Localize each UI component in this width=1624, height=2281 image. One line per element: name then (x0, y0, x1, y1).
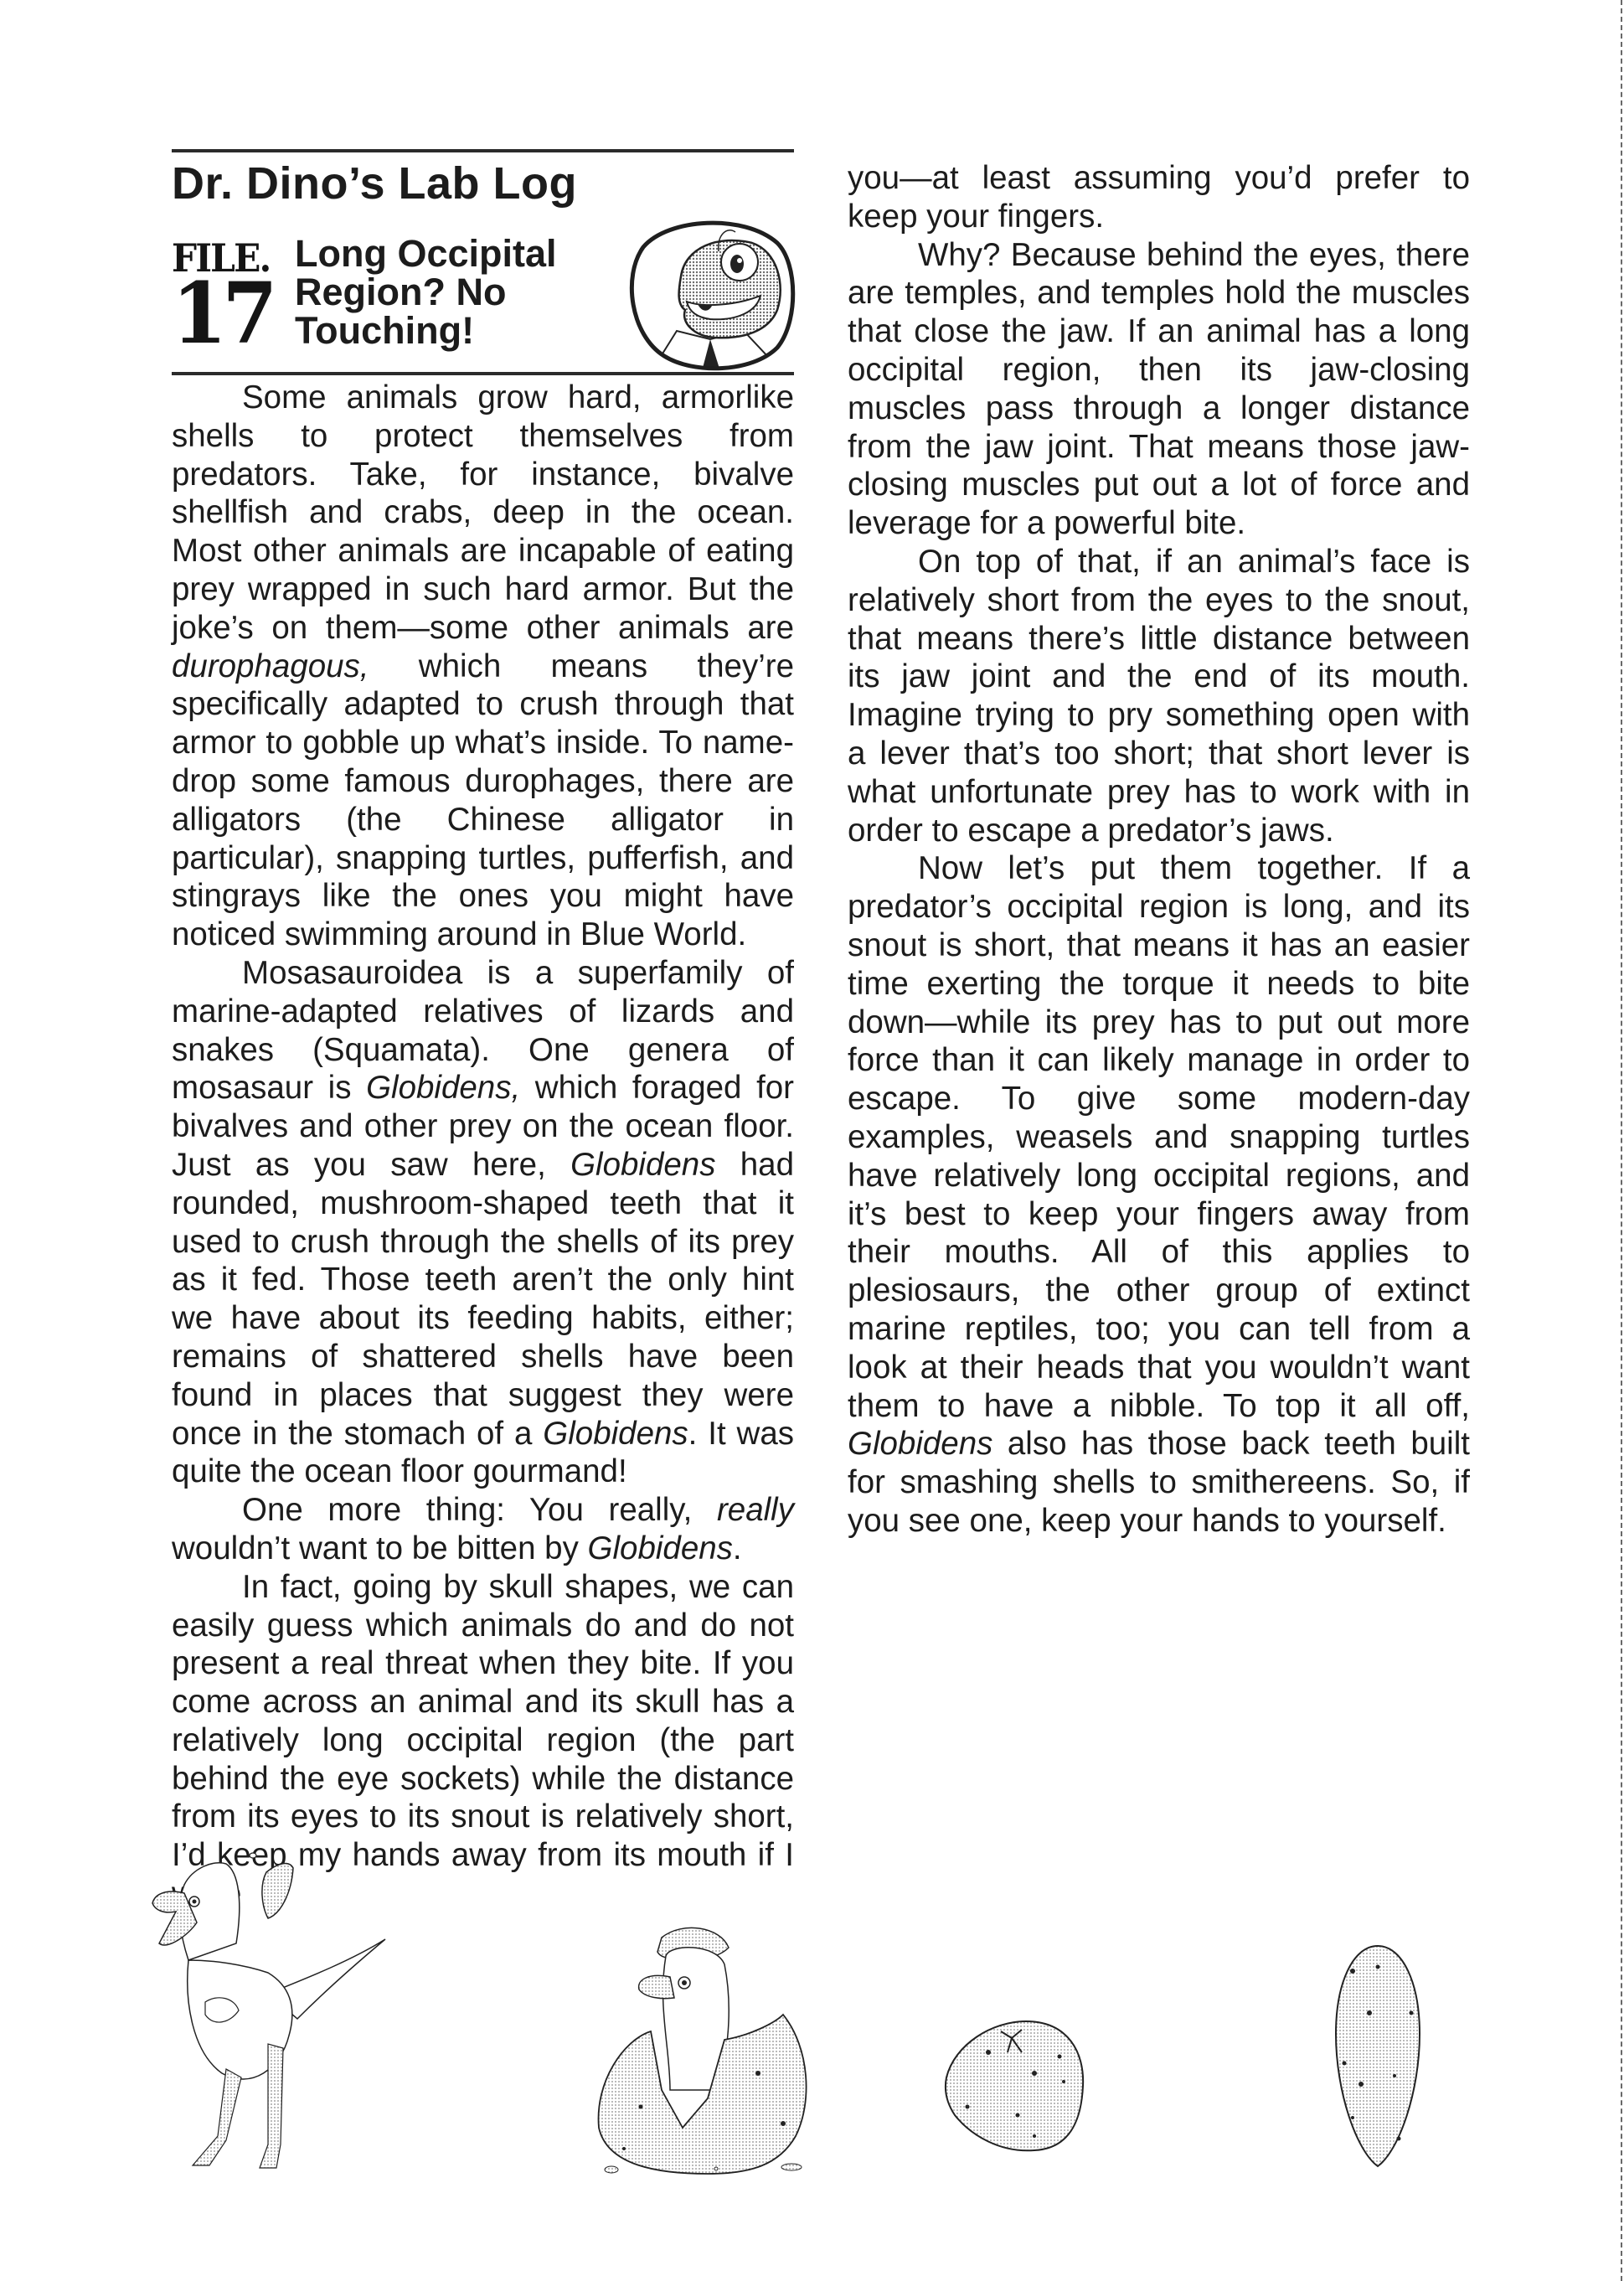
paragraph-text: which means they’re specifically adapted… (172, 648, 794, 953)
paragraph-text: One more thing: You really, (242, 1492, 717, 1528)
file-title: Long Occipital Region? No Touching! (295, 235, 613, 350)
italic-term: Globidens (848, 1426, 992, 1462)
paragraph-text: you—at least assuming you’d prefer to ke… (848, 160, 1470, 235)
file-title-line: Region? No (295, 273, 613, 312)
raptor-juvenile-illustration (142, 1835, 511, 2178)
paragraph-text: wouldn’t want to be bitten by (172, 1530, 588, 1566)
body-paragraph: Now let’s put them together. If a predat… (848, 849, 1470, 1540)
series-title: Dr. Dino’s Lab Log (172, 157, 577, 209)
header-top-rule (172, 149, 794, 152)
file-title-line: Touching! (295, 312, 613, 350)
italic-term: Globidens (570, 1147, 715, 1183)
body-paragraph: On top of that, if an animal’s face is r… (848, 543, 1470, 849)
paragraph-text: Now let’s put them together. If a predat… (848, 850, 1470, 1423)
body-paragraph: Why? Because behind the eyes, there are … (848, 236, 1470, 543)
italic-term: Globidens, (366, 1070, 520, 1106)
paragraph-text: . (733, 1530, 742, 1566)
page-edge-divider (1621, 0, 1622, 2281)
body-paragraph: you—at least assuming you’d prefer to ke… (848, 159, 1470, 236)
file-number-block: FILE. 17 (172, 239, 276, 351)
hatching-chick-illustration (590, 1922, 812, 2178)
left-column: Some animals grow hard, armorlike shells… (172, 379, 794, 1913)
file-number: 17 (172, 276, 271, 351)
italic-term: really (717, 1492, 794, 1528)
cracked-round-egg-illustration (942, 2015, 1089, 2157)
dr-dino-mascot-icon (618, 214, 798, 371)
body-paragraph: Some animals grow hard, armorlike shells… (172, 379, 794, 954)
body-paragraph: One more thing: You really, really would… (172, 1491, 794, 1568)
paragraph-text: had rounded, mushroom-shaped teeth that … (172, 1147, 794, 1452)
right-column: you—at least assuming you’d prefer to ke… (848, 159, 1470, 1540)
body-paragraph: Mosasauroidea is a superfamily of marine… (172, 954, 794, 1491)
paragraph-text: Some animals grow hard, armorlike shells… (172, 379, 794, 646)
italic-term: Globidens (543, 1416, 688, 1452)
italic-term: Globidens (588, 1530, 733, 1566)
paragraph-text: Why? Because behind the eyes, there are … (848, 237, 1470, 542)
tall-egg-illustration (1332, 1942, 1424, 2172)
file-title-line: Long Occipital (295, 235, 613, 273)
paragraph-text: On top of that, if an animal’s face is r… (848, 544, 1470, 849)
italic-term: durophagous, (172, 648, 369, 684)
header-bottom-rule (172, 372, 794, 375)
